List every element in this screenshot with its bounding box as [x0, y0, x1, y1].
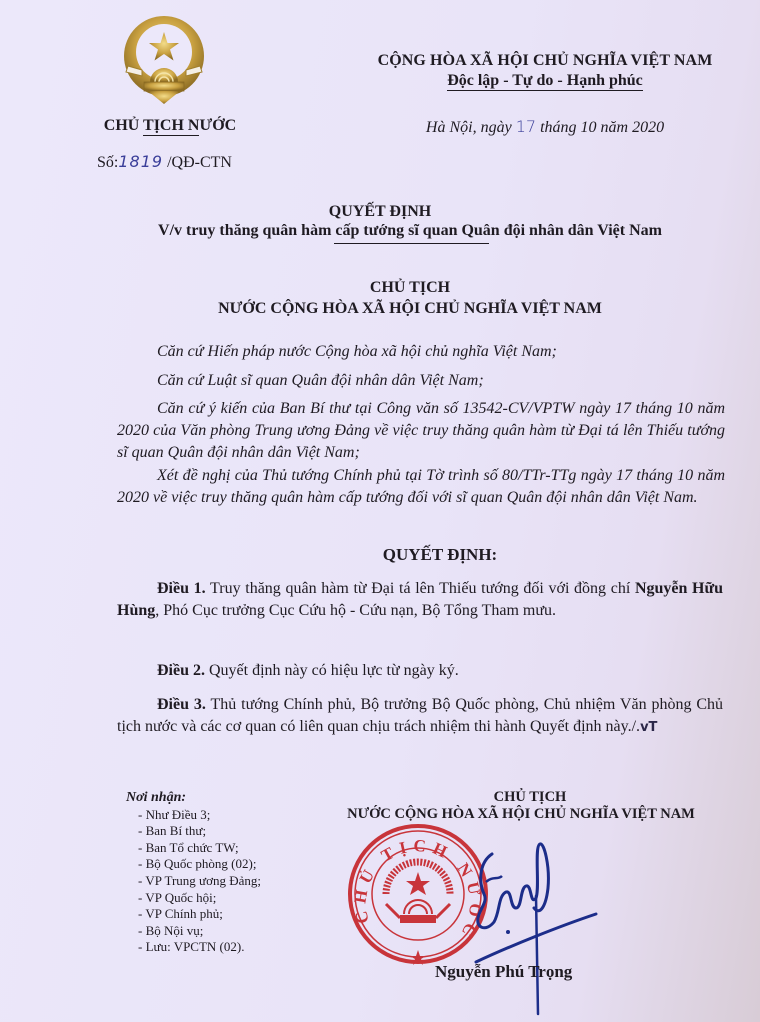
article-1: Điều 1. Truy thăng quân hàm từ Đại tá lê… [117, 578, 723, 622]
recipient-item: - VP Trung ương Đảng; [126, 873, 261, 890]
recipient-item: - Lưu: VPCTN (02). [126, 939, 261, 956]
article-text: Quyết định này có hiệu lực từ ngày ký. [205, 662, 459, 679]
preamble-clause: Căn cứ Hiến pháp nước Cộng hòa xã hội ch… [117, 341, 725, 363]
decision-heading: QUYẾT ĐỊNH: [0, 545, 760, 565]
document-subject: V/v truy thăng quân hàm cấp tướng sĩ qua… [0, 222, 760, 240]
article-label: Điều 1. [157, 580, 206, 597]
article-label: Điều 3. [157, 696, 206, 713]
issuer-underline: TỊCH N [143, 117, 199, 136]
date-prefix: Hà Nội, ngày [426, 119, 516, 136]
issuing-authority: CHỦ TỊCH NƯỚC [100, 117, 240, 135]
recipient-item: - Như Điều 3; [126, 807, 261, 824]
preamble-clause: Căn cứ Luật sĩ quan Quân đội nhân dân Vi… [117, 370, 725, 392]
national-motto: Độc lập - Tự do - Hạnh phúc [345, 72, 745, 90]
nation-name: CỘNG HÒA XÃ HỘI CHỦ NGHĨA VIỆT NAM [345, 52, 745, 70]
article-label: Điều 2. [157, 662, 205, 679]
document-number-prefix: Số: [97, 154, 118, 171]
issuer-heading-line2: NƯỚC CỘNG HÒA XÃ HỘI CHỦ NGHĨA VIỆT NAM [0, 300, 760, 318]
article-2: Điều 2. Quyết định này có hiệu lực từ ng… [117, 660, 723, 682]
national-motto-text: Độc lập - Tự do - Hạnh phúc [447, 72, 643, 91]
document-date: Hà Nội, ngày 17 tháng 10 năm 2020 [345, 117, 745, 137]
article-text: Thủ tướng Chính phủ, Bộ trưởng Bộ Quốc p… [117, 696, 723, 735]
date-suffix: tháng 10 năm 2020 [536, 119, 664, 136]
initials-mark: vT [640, 720, 657, 735]
document-number-handwritten: 1819 [118, 152, 163, 171]
article-3: Điều 3. Thủ tướng Chính phủ, Bộ trưởng B… [117, 694, 723, 739]
article-text: , Phó Cục trưởng Cục Cứu hộ - Cứu nạn, B… [155, 602, 556, 619]
document-number: Số:1819 /QĐ-CTN [97, 152, 232, 172]
national-emblem-icon [112, 12, 216, 108]
signer-name: Nguyễn Phú Trọng [435, 962, 572, 982]
signatory-title-line2: NƯỚC CỘNG HÒA XÃ HỘI CHỦ NGHĨA VIỆT NAM [321, 806, 721, 823]
recipient-item: - Ban Bí thư; [126, 823, 261, 840]
date-day-handwritten: 17 [516, 117, 536, 136]
recipients-list: Nơi nhận: - Như Điều 3; - Ban Bí thư; - … [126, 790, 261, 956]
recipient-item: - Ban Tổ chức TW; [126, 840, 261, 857]
recipient-item: - Bộ Nội vụ; [126, 923, 261, 940]
issuing-authority-text: CHỦ TỊCH NƯỚC [104, 117, 236, 136]
recipients-heading: Nơi nhận: [126, 790, 261, 807]
preamble-clause: Căn cứ ý kiến của Ban Bí thư tại Công vă… [117, 398, 725, 464]
subject-underline [334, 243, 489, 244]
document-number-suffix: /QĐ-CTN [163, 154, 232, 171]
signatory-title-line1: CHỦ TỊCH [470, 789, 590, 806]
preamble-clause: Xét đề nghị của Thủ tướng Chính phủ tại … [117, 465, 725, 509]
handwritten-signature [470, 836, 620, 1016]
recipient-item: - VP Chính phủ; [126, 906, 261, 923]
document-title: QUYẾT ĐỊNH [0, 203, 760, 221]
issuer-heading-line1: CHỦ TỊCH [0, 279, 760, 297]
article-text: Truy thăng quân hàm từ Đại tá lên Thiếu … [206, 580, 635, 597]
recipient-item: - VP Quốc hội; [126, 890, 261, 907]
recipient-item: - Bộ Quốc phòng (02); [126, 856, 261, 873]
